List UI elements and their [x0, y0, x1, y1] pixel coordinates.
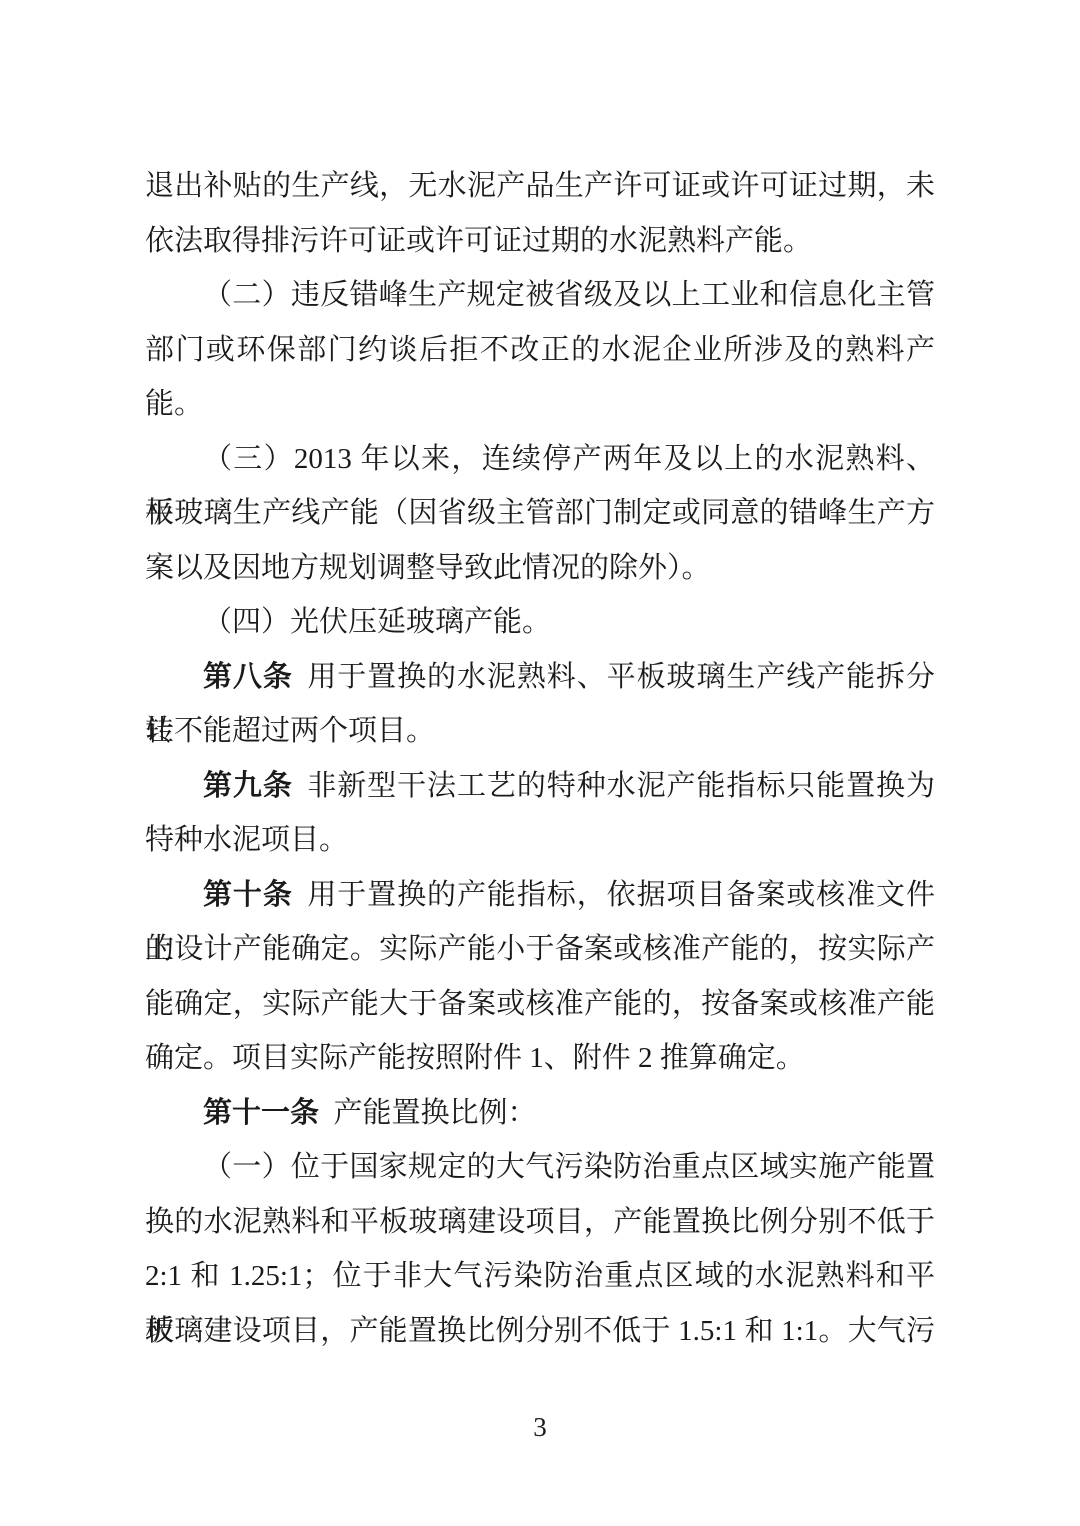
text-line: 特种水泥项目。: [145, 813, 935, 868]
text-line: （四）光伏压延玻璃产能。: [145, 595, 935, 650]
text-line: 玻璃建设项目，产能置换比例分别不低于 1.5:1 和 1:1。大气污: [145, 1304, 935, 1359]
article-number: 第十条: [203, 879, 293, 911]
text-line: （一）位于国家规定的大气污染防治重点区域实施产能置: [145, 1140, 935, 1195]
text-run: （一）位于国家规定的大气污染防治重点区域实施产能置: [203, 1151, 935, 1183]
text-run: 能。: [145, 388, 203, 420]
text-line: 第九条非新型干法工艺的特种水泥产能指标只能置换为: [145, 759, 935, 814]
text-line: （二）违反错峰生产规定被省级及以上工业和信息化主管: [145, 268, 935, 323]
text-line: 板玻璃生产线产能（因省级主管部门制定或同意的错峰生产方: [145, 486, 935, 541]
text-run: 让不能超过两个项目。: [145, 715, 435, 747]
text-line: 的设计产能确定。实际产能小于备案或核准产能的，按实际产: [145, 922, 935, 977]
article-number: 第九条: [203, 770, 293, 802]
text-line: 退出补贴的生产线，无水泥产品生产许可证或许可证过期，未: [145, 159, 935, 214]
text-line: 第八条用于置换的水泥熟料、平板玻璃生产线产能拆分转: [145, 650, 935, 705]
text-run: 退出补贴的生产线，无水泥产品生产许可证或许可证过期，未: [145, 170, 935, 202]
text-run: 非新型干法工艺的特种水泥产能指标只能置换为: [307, 770, 935, 802]
text-line: 换的水泥熟料和平板玻璃建设项目，产能置换比例分别不低于: [145, 1195, 935, 1250]
text-line: 部门或环保部门约谈后拒不改正的水泥企业所涉及的熟料产: [145, 323, 935, 378]
article-number: 第十一条: [203, 1097, 319, 1129]
text-run: 产能置换比例：: [334, 1097, 537, 1129]
text-run: 确定。项目实际产能按照附件 1、附件 2 推算确定。: [145, 1042, 805, 1074]
text-run: 案以及因地方规划调整导致此情况的除外）。: [145, 552, 711, 584]
text-run: 板玻璃生产线产能（因省级主管部门制定或同意的错峰生产方: [145, 497, 935, 529]
text-line: 能确定，实际产能大于备案或核准产能的，按备案或核准产能: [145, 977, 935, 1032]
text-line: 依法取得排污许可证或许可证过期的水泥熟料产能。: [145, 214, 935, 269]
text-line: 让不能超过两个项目。: [145, 704, 935, 759]
text-run: 换的水泥熟料和平板玻璃建设项目，产能置换比例分别不低于: [145, 1206, 935, 1238]
document-page: 退出补贴的生产线，无水泥产品生产许可证或许可证过期，未依法取得排污许可证或许可证…: [0, 0, 1080, 1526]
text-run: 特种水泥项目。: [145, 824, 348, 856]
text-line: （三）2013 年以来，连续停产两年及以上的水泥熟料、平: [145, 432, 935, 487]
text-line: 案以及因地方规划调整导致此情况的除外）。: [145, 541, 935, 596]
text-line: 2:1 和 1.25:1；位于非大气污染防治重点区域的水泥熟料和平板: [145, 1249, 935, 1304]
text-line: 第十条用于置换的产能指标，依据项目备案或核准文件上: [145, 868, 935, 923]
text-line: 确定。项目实际产能按照附件 1、附件 2 推算确定。: [145, 1031, 935, 1086]
text-line: 能。: [145, 377, 935, 432]
text-run: 依法取得排污许可证或许可证过期的水泥熟料产能。: [145, 225, 812, 257]
text-run: 能确定，实际产能大于备案或核准产能的，按备案或核准产能: [145, 988, 935, 1020]
text-run: （四）光伏压延玻璃产能。: [203, 606, 551, 638]
text-run: 玻璃建设项目，产能置换比例分别不低于 1.5:1 和 1:1。大气污: [145, 1315, 935, 1347]
text-run: 部门或环保部门约谈后拒不改正的水泥企业所涉及的熟料产: [145, 334, 935, 366]
text-run: （二）违反错峰生产规定被省级及以上工业和信息化主管: [203, 279, 935, 311]
text-line: 第十一条产能置换比例：: [145, 1086, 935, 1141]
article-number: 第八条: [203, 661, 293, 693]
text-run: 的设计产能确定。实际产能小于备案或核准产能的，按实际产: [145, 933, 935, 965]
page-number: 3: [0, 1412, 1080, 1443]
document-body: 退出补贴的生产线，无水泥产品生产许可证或许可证过期，未依法取得排污许可证或许可证…: [145, 159, 935, 1358]
